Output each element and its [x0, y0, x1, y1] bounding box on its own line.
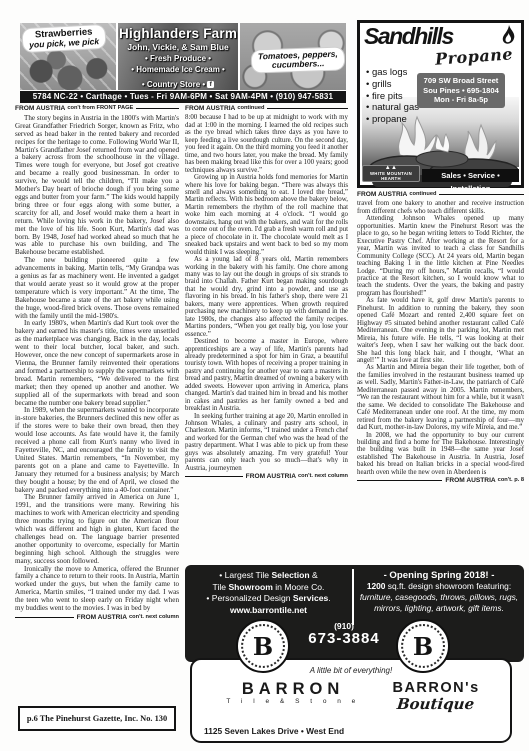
article-title: FROM AUSTRIA — [246, 473, 296, 480]
article-paragraph: In early 1980's, when Martin's dad Kurt … — [15, 320, 179, 407]
opening-text-bold: 1200 — [367, 581, 386, 591]
article-paragraph: In 2008, we had the opportunity to buy o… — [357, 432, 524, 477]
opening-text: sq.ft. design showroom featuring: — [385, 581, 511, 591]
sandhills-city-phone: Sou Pines • 695-1804 — [419, 86, 503, 96]
sandhills-propane-ad: Sandhills Propane gas logs grills fire p… — [357, 20, 524, 188]
product-item: natural gas — [366, 102, 419, 114]
continuation-note: continued — [237, 105, 264, 112]
article-title: FROM AUSTRIA — [77, 614, 127, 622]
article-title: FROM AUSTRIA — [357, 191, 407, 198]
tile-stone-subtitle: T i l e & S t o n e — [226, 698, 359, 705]
article-paragraph: As Martin and Mireia began their life to… — [357, 364, 524, 431]
propane-products-list: gas logs grills fire pits natural gas pr… — [366, 67, 419, 126]
column-continuation: FROM AUSTRIA con't. next column — [185, 473, 348, 480]
barron-boutique-wordmark: BARRON's Boutique — [392, 681, 479, 713]
article-paragraph: 8:00 because I had to be up at midnight … — [185, 114, 348, 174]
flame-icon — [501, 25, 516, 45]
product-item: grills — [366, 79, 419, 91]
tile-info-box: • Largest Tile Selection & Tile Showroom… — [185, 565, 352, 623]
product-item: gas logs — [366, 67, 419, 79]
continuation-note: con't from FRONT PAGE — [67, 105, 133, 113]
farm-address-bar: 5784 NC-22 • Carthage • Tues - Fri 9AM-6… — [20, 91, 346, 103]
farm-name: Highlanders Farm — [118, 26, 237, 41]
tile-line: • Largest Tile Selection & — [185, 570, 352, 582]
tile-line: Tile Showroom in Moore Co. — [185, 582, 352, 594]
farm-item: • Homemade Ice Cream • — [118, 65, 237, 74]
phone-number: 673-3884 — [289, 631, 399, 647]
article-paragraph: Growing up in Austria holds fond memorie… — [185, 174, 348, 256]
footer-rule — [185, 476, 243, 477]
continuation-note: continued — [409, 191, 436, 198]
footer-rule — [357, 480, 442, 481]
tile-text: . — [328, 593, 330, 603]
strawberries-label: Strawberries you pick, we pick — [22, 25, 105, 53]
article-paragraph: The story begins in Austria in the 1800'… — [15, 115, 179, 257]
tile-text-bold: Showroom — [228, 582, 272, 592]
tile-text: Tile — [213, 582, 229, 592]
page-footer-box: p.6 The Pinehurst Gazette, Inc. No. 130 — [18, 706, 176, 731]
tomatoes-label: Tomatoes, peppers, cucumbers... — [252, 47, 345, 73]
store-names: BARRON T i l e & S t o n e BARRON's Bout… — [192, 675, 510, 713]
tile-text-bold: Selection — [271, 570, 309, 580]
propane-wordmark: Propane — [434, 44, 513, 68]
farm-owners: John, Vickie, & Sam Blue — [118, 42, 237, 52]
article-column-2: FROM AUSTRIA continued 8:00 because I ha… — [185, 105, 348, 481]
column-header: FROM AUSTRIA con't from FRONT PAGE — [15, 105, 179, 113]
article-paragraph: The new building pioneered quite a few a… — [15, 257, 179, 320]
barron-address: 1125 Seven Lakes Drive • West End — [204, 726, 344, 736]
barron-website: www.barrontile.net — [185, 605, 352, 617]
sandhills-wordmark: Sandhills — [364, 23, 453, 50]
article-paragraph: The Brunner family arrived in America on… — [15, 494, 179, 565]
barron-ad: • Largest Tile Selection & Tile Showroom… — [185, 565, 524, 747]
article-title: FROM AUSTRIA — [185, 105, 235, 112]
highlanders-farm-ad: Strawberries you pick, we pick Highlande… — [20, 23, 346, 90]
newspaper-page: Strawberries you pick, we pick Highlande… — [0, 0, 529, 751]
farm-item: • Fresh Produce • — [118, 54, 237, 63]
opening-title: - Opening Spring 2018! - — [354, 570, 524, 581]
barron-tagline: A little bit of everything! — [192, 666, 510, 675]
storefront-box: A little bit of everything! BARRON T i l… — [190, 658, 512, 743]
continuation-note: con't. next column — [298, 473, 348, 480]
header-rule — [136, 108, 179, 109]
article-column-1: FROM AUSTRIA con't from FRONT PAGE The s… — [15, 105, 179, 622]
white-mountain-hearth-badge: ▲▲ WHITE MOUNTAIN HEARTH — [362, 165, 420, 182]
article-paragraph: In 1989, when the supermarkets wanted to… — [15, 407, 179, 494]
facebook-icon: f — [207, 81, 214, 88]
sandhills-hours: Mon - Fri 8a-5p — [419, 95, 503, 105]
article-title: FROM AUSTRIA — [445, 477, 495, 484]
continuation-note: con't. p. 8 — [498, 477, 524, 484]
tile-text: in Moore Co. — [273, 582, 325, 592]
article-paragraph: As a young lad of 8 years old, Martin re… — [185, 256, 348, 338]
column-header: FROM AUSTRIA continued — [185, 105, 348, 112]
barron-monogram: B — [253, 632, 273, 661]
strawberries-subtitle: you pick, we pick — [29, 37, 99, 50]
header-rule — [267, 108, 348, 109]
tile-text: • Personalized Design — [206, 593, 293, 603]
tile-text: • Largest Tile — [219, 570, 271, 580]
article-paragraph: Ironically the move to America, offered … — [15, 566, 179, 613]
product-item: fire pits — [366, 91, 419, 103]
article-column-3: FROM AUSTRIA continued travel from one b… — [357, 191, 524, 485]
column-continuation: FROM AUSTRIA con't. next column — [15, 614, 179, 622]
strawberries-photo: Strawberries you pick, we pick — [20, 23, 116, 90]
product-item: propane — [366, 114, 419, 126]
sandhills-address-box: 709 SW Broad Street Sou Pines • 695-1804… — [417, 73, 505, 108]
sandhills-street: 709 SW Broad Street — [419, 76, 503, 86]
column-header: FROM AUSTRIA continued — [357, 191, 524, 198]
article-paragraph: Attending Johnson Whales opened up many … — [357, 215, 524, 297]
opening-line: 1200 sq.ft. design showroom featuring: — [354, 581, 524, 592]
article-paragraph: travel from one bakery to another and re… — [357, 200, 524, 215]
barron-monogram: B — [413, 632, 433, 661]
boutique-opening-box: - Opening Spring 2018! - 1200 sq.ft. des… — [354, 565, 524, 623]
opening-items: furniture, casegoods, throws, pillows, r… — [354, 592, 524, 614]
tile-text-bold: Services — [293, 593, 328, 603]
badge-label: WHITE MOUNTAIN HEARTH — [363, 171, 419, 181]
farm-item-label: • Country Store • — [142, 80, 205, 89]
barron-tile-wordmark: BARRON T i l e & S t o n e — [226, 681, 359, 705]
farm-item: • Country Store • f — [142, 80, 214, 89]
continuation-note: con't. next column — [129, 614, 179, 622]
farm-info-panel: Highlanders Farm John, Vickie, & Sam Blu… — [118, 23, 237, 90]
article-paragraph: In seeking further training at age 20, M… — [185, 413, 348, 473]
boutique-store-name: BARRON's — [392, 681, 479, 696]
column-continuation: FROM AUSTRIA con't. p. 8 — [357, 477, 524, 484]
tile-store-name: BARRON — [226, 681, 359, 697]
article-title: FROM AUSTRIA — [15, 105, 65, 113]
sales-service-bar: Sales • Service • Installation — [422, 169, 519, 182]
footer-rule — [15, 617, 74, 618]
tomatoes-photo: Tomatoes, peppers, cucumbers... — [240, 23, 346, 90]
tile-text: & — [310, 570, 318, 580]
article-paragraph: Destined to become a master in Europe, w… — [185, 338, 348, 413]
tile-line: • Personalized Design Services. — [185, 593, 352, 605]
barron-logo-medallion: B — [396, 619, 450, 673]
boutique-subtitle: Boutique — [392, 695, 481, 713]
barron-phone: (910) 673-3884 — [289, 622, 399, 647]
barron-logo-medallion: B — [236, 619, 290, 673]
article-paragraph: As fate would have it, golf drew Martin'… — [357, 297, 524, 364]
